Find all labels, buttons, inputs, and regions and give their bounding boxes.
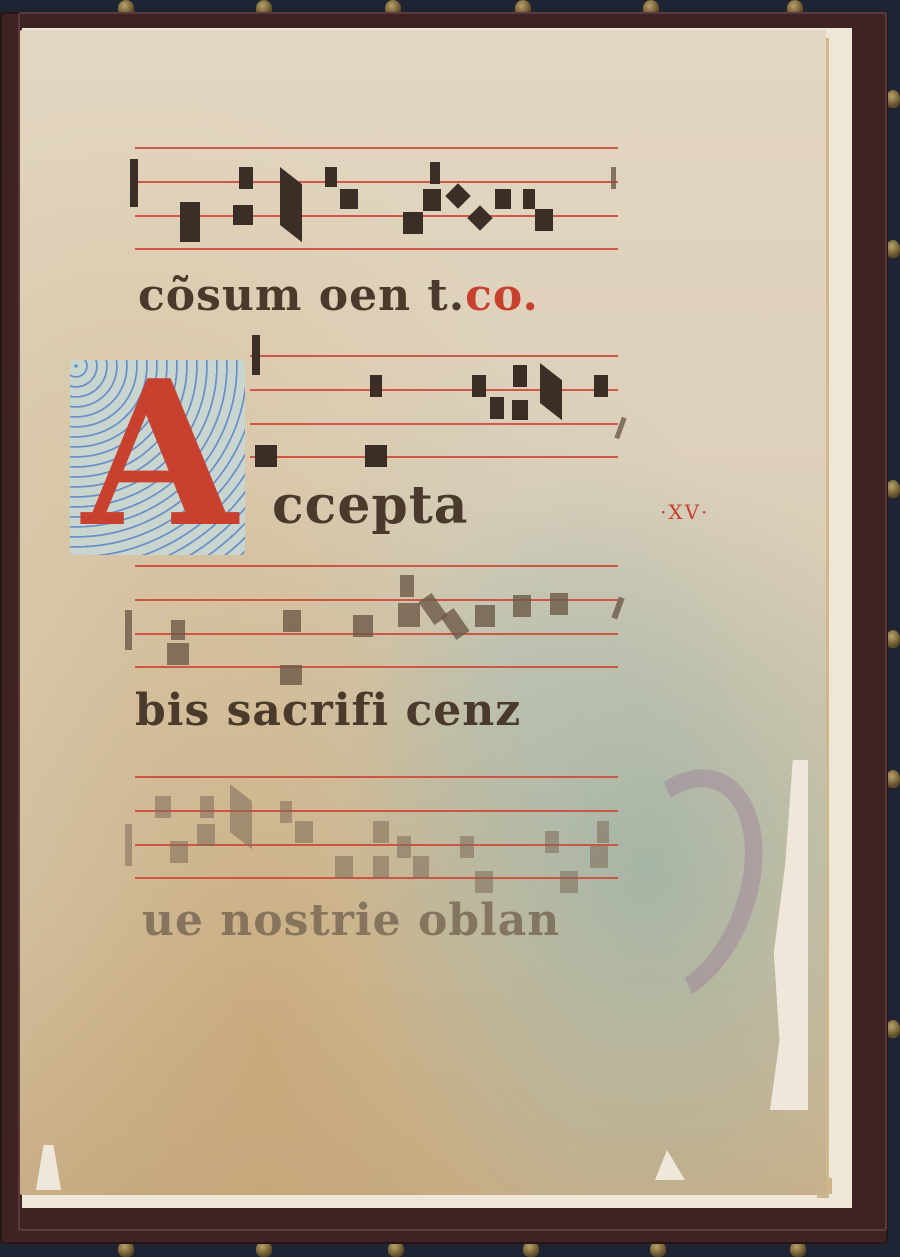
lyric-line-2: ccepta: [272, 475, 468, 536]
neume-note: [200, 796, 214, 818]
neume-note: [535, 209, 553, 231]
neume-note: [280, 665, 302, 685]
lyric-text: bis sacrifi cenz: [135, 685, 521, 736]
neume-note: [590, 846, 608, 868]
neume-note: [597, 821, 609, 843]
neume-note: [197, 824, 215, 846]
neume-note: [460, 836, 474, 858]
neume-note: [353, 615, 373, 637]
neume-note: [513, 365, 527, 387]
music-staff-3: [135, 565, 618, 670]
neume-note: [170, 841, 188, 863]
neume-note: [171, 620, 185, 640]
neume-note: [255, 445, 277, 467]
neume-note: [370, 375, 382, 397]
neume-note: [239, 167, 253, 189]
neume-note: [398, 603, 420, 627]
lyric-text: ue nostrie oblan: [142, 895, 560, 946]
neume-note: [512, 400, 528, 420]
lyric-text: ccepta: [272, 475, 468, 536]
neume-note: [325, 167, 337, 187]
binding-stud: [886, 770, 900, 788]
clef-mark: [125, 824, 132, 866]
neume-note: [280, 801, 292, 823]
music-staff-4: [135, 776, 618, 881]
neume-note: [413, 856, 429, 878]
rhombus-note: [440, 608, 469, 640]
neume-note: [397, 836, 411, 858]
neume-note: [233, 205, 253, 225]
binding-stud: [886, 90, 900, 108]
initial-letter: A: [82, 360, 237, 550]
neume-note: [365, 445, 387, 467]
illuminated-initial: A: [70, 360, 245, 555]
neume-note: [495, 189, 511, 209]
neume-note: [513, 595, 531, 617]
neume-note: [180, 202, 200, 242]
neume-note: [403, 212, 423, 234]
neume-note: [475, 871, 493, 893]
lyric-text: cõsum oen t.: [138, 270, 465, 321]
neume-note: [340, 189, 358, 209]
neume-note: [373, 821, 389, 843]
neume-note: [490, 397, 504, 419]
lyric-line-4: ue nostrie oblan: [142, 895, 560, 946]
lyric-line-1: cõsum oen t.co.: [138, 270, 539, 321]
clef-mark: [130, 159, 138, 207]
rhombus-note: [467, 205, 492, 230]
ligature-note: [280, 167, 302, 242]
clef-mark: [125, 610, 132, 650]
binding-stud: [886, 240, 900, 258]
neume-note: [475, 605, 495, 627]
neume-note: [550, 593, 568, 615]
music-staff-1: [135, 147, 618, 252]
neume-note: [283, 610, 301, 632]
neume-note: [335, 856, 353, 878]
lyric-line-3: bis sacrifi cenz: [135, 685, 521, 736]
neume-note: [430, 162, 440, 184]
music-staff-2: [250, 355, 618, 460]
neume-note: [472, 375, 486, 397]
clef-mark: [252, 335, 260, 375]
neume-note: [423, 189, 441, 211]
custos-mark: [611, 167, 616, 189]
folio-number: ·XV·: [660, 500, 709, 524]
binding-stud: [886, 1020, 900, 1038]
neume-note: [373, 856, 389, 878]
neume-note: [167, 643, 189, 665]
neume-note: [545, 831, 559, 853]
neume-note: [400, 575, 414, 597]
ligature-note: [230, 784, 252, 849]
binding-stud: [886, 480, 900, 498]
neume-note: [155, 796, 171, 818]
ligature-note: [540, 363, 562, 420]
neume-note: [523, 189, 535, 209]
rubric-text: co.: [465, 270, 539, 321]
rhombus-note: [445, 183, 470, 208]
neume-note: [594, 375, 608, 397]
neume-note: [295, 821, 313, 843]
binding-stud: [886, 630, 900, 648]
neume-note: [560, 871, 578, 893]
